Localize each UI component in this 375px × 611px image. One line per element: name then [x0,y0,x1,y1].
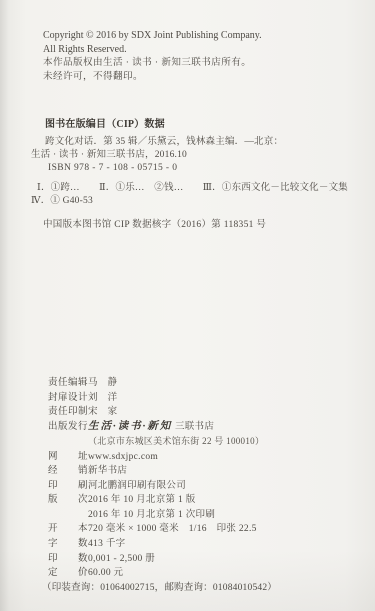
cip-classification-line-2: Ⅳ．① G40-53 [31,195,348,208]
colophon-row-website: 网 址www.sdxjpc.com [48,450,277,465]
book-copyright-page: Copyright © 2016 by SDX Joint Publishing… [0,0,375,611]
cip-classification-line-1: Ⅰ．①跨… Ⅱ．①乐… ②钱… Ⅲ．①东西文化－比较文化－文集 [37,182,348,195]
colophon-label: 网 址 [48,450,87,465]
colophon-label: 经 销 [48,464,87,479]
colophon-label: 封扉设计 [48,391,87,406]
publisher-value: 生活·读书·新知 三联书店 [88,422,214,432]
copyright-line-en-2: All Rights Reserved. [43,43,262,57]
colophon-value: 0,001 - 2,500 册 [88,554,155,564]
colophon-value: 新华书店 [88,466,127,476]
cip-title-line-1: 跨文化对话．第 35 辑／乐黛云，钱林森主编．—北京： [45,136,348,149]
colophon-row-price: 定 价60.00 元 [48,566,277,581]
colophon-value: 马 静 [88,378,117,388]
edition-line-2: 2016 年 10 月北京第 1 次印刷 [88,510,215,520]
colophon-label: 字 数 [48,537,87,552]
copyright-line-en-1: Copyright © 2016 by SDX Joint Publishing… [43,29,262,43]
colophon-row-printing: 2016 年 10 月北京第 1 次印刷 [48,508,277,523]
colophon-value: 60.00 元 [88,568,123,578]
colophon-row-edition: 版 次2016 年 10 月北京第 1 版 [48,493,277,508]
copyright-line-cn-2: 未经许可，不得翻印。 [43,70,262,84]
colophon-row-distributor: 经 销新华书店 [48,464,277,479]
website-url: www.sdxjpc.com [88,452,158,462]
cip-header: 图书在版编目（CIP）数据 [45,118,348,131]
colophon-label: 责任编辑 [48,376,87,391]
colophon-row-publisher: 出版发行生活·读书·新知 三联书店 [48,420,277,435]
colophon-value: 河北鹏润印刷有限公司 [88,481,186,491]
publisher-logo-text: 生活·读书·新知 [88,421,172,432]
edition-line-1: 2016 年 10 月北京第 1 版 [88,495,196,505]
colophon-section: 责任编辑马 静 封扉设计刘 洋 责任印制宋 家 出版发行生活·读书·新知 三联书… [48,376,277,595]
publisher-name-rest: 三联书店 [175,422,214,432]
colophon-row-format: 开 本720 毫米 × 1000 毫米 1/16 印张 22.5 [48,522,277,537]
colophon-value: 720 毫米 × 1000 毫米 1/16 印张 22.5 [88,524,257,534]
colophon-row-cover-design: 封扉设计刘 洋 [48,391,277,406]
colophon-row-publisher-address: （北京市东城区美术馆东街 22 号 100010） [48,434,277,450]
colophon-row-word-count: 字 数413 千字 [48,537,277,552]
colophon-label: 定 价 [48,566,87,581]
colophon-label: 印 刷 [48,479,87,494]
colophon-row-editor: 责任编辑马 静 [48,376,277,391]
cip-record-number: 中国版本图书馆 CIP 数据核字（2016）第 118351 号 [43,216,266,230]
publisher-address: （北京市东城区美术馆东街 22 号 100010） [88,436,264,446]
colophon-row-print-run: 印 数0,001 - 2,500 册 [48,552,277,567]
colophon-value: 宋 家 [88,407,117,417]
colophon-value: 刘 洋 [88,393,117,403]
colophon-label: 责任印制 [48,405,87,420]
copyright-line-cn-1: 本作品版权由生活 · 读书 · 新知三联书店所有。 [43,56,262,70]
colophon-row-print-supervisor: 责任印制宋 家 [48,405,277,420]
cip-section: 图书在版编目（CIP）数据 跨文化对话．第 35 辑／乐黛云，钱林森主编．—北京… [31,118,348,208]
colophon-label: 版 次 [48,493,87,508]
inquiry-phone-line: （印装查询：01064002715，邮购查询：01084010542） [42,581,277,596]
cip-isbn: ISBN 978 - 7 - 108 - 05715 - 0 [48,162,348,175]
colophon-value: 413 千字 [88,539,125,549]
colophon-row-printer: 印 刷河北鹏润印刷有限公司 [48,479,277,494]
copyright-notice: Copyright © 2016 by SDX Joint Publishing… [43,29,262,83]
cip-title-line-2: 生活 · 读书 · 新知三联书店，2016.10 [31,149,348,162]
colophon-label: 出版发行 [48,420,87,435]
colophon-label: 印 数 [48,552,87,567]
colophon-label: 开 本 [48,522,87,537]
